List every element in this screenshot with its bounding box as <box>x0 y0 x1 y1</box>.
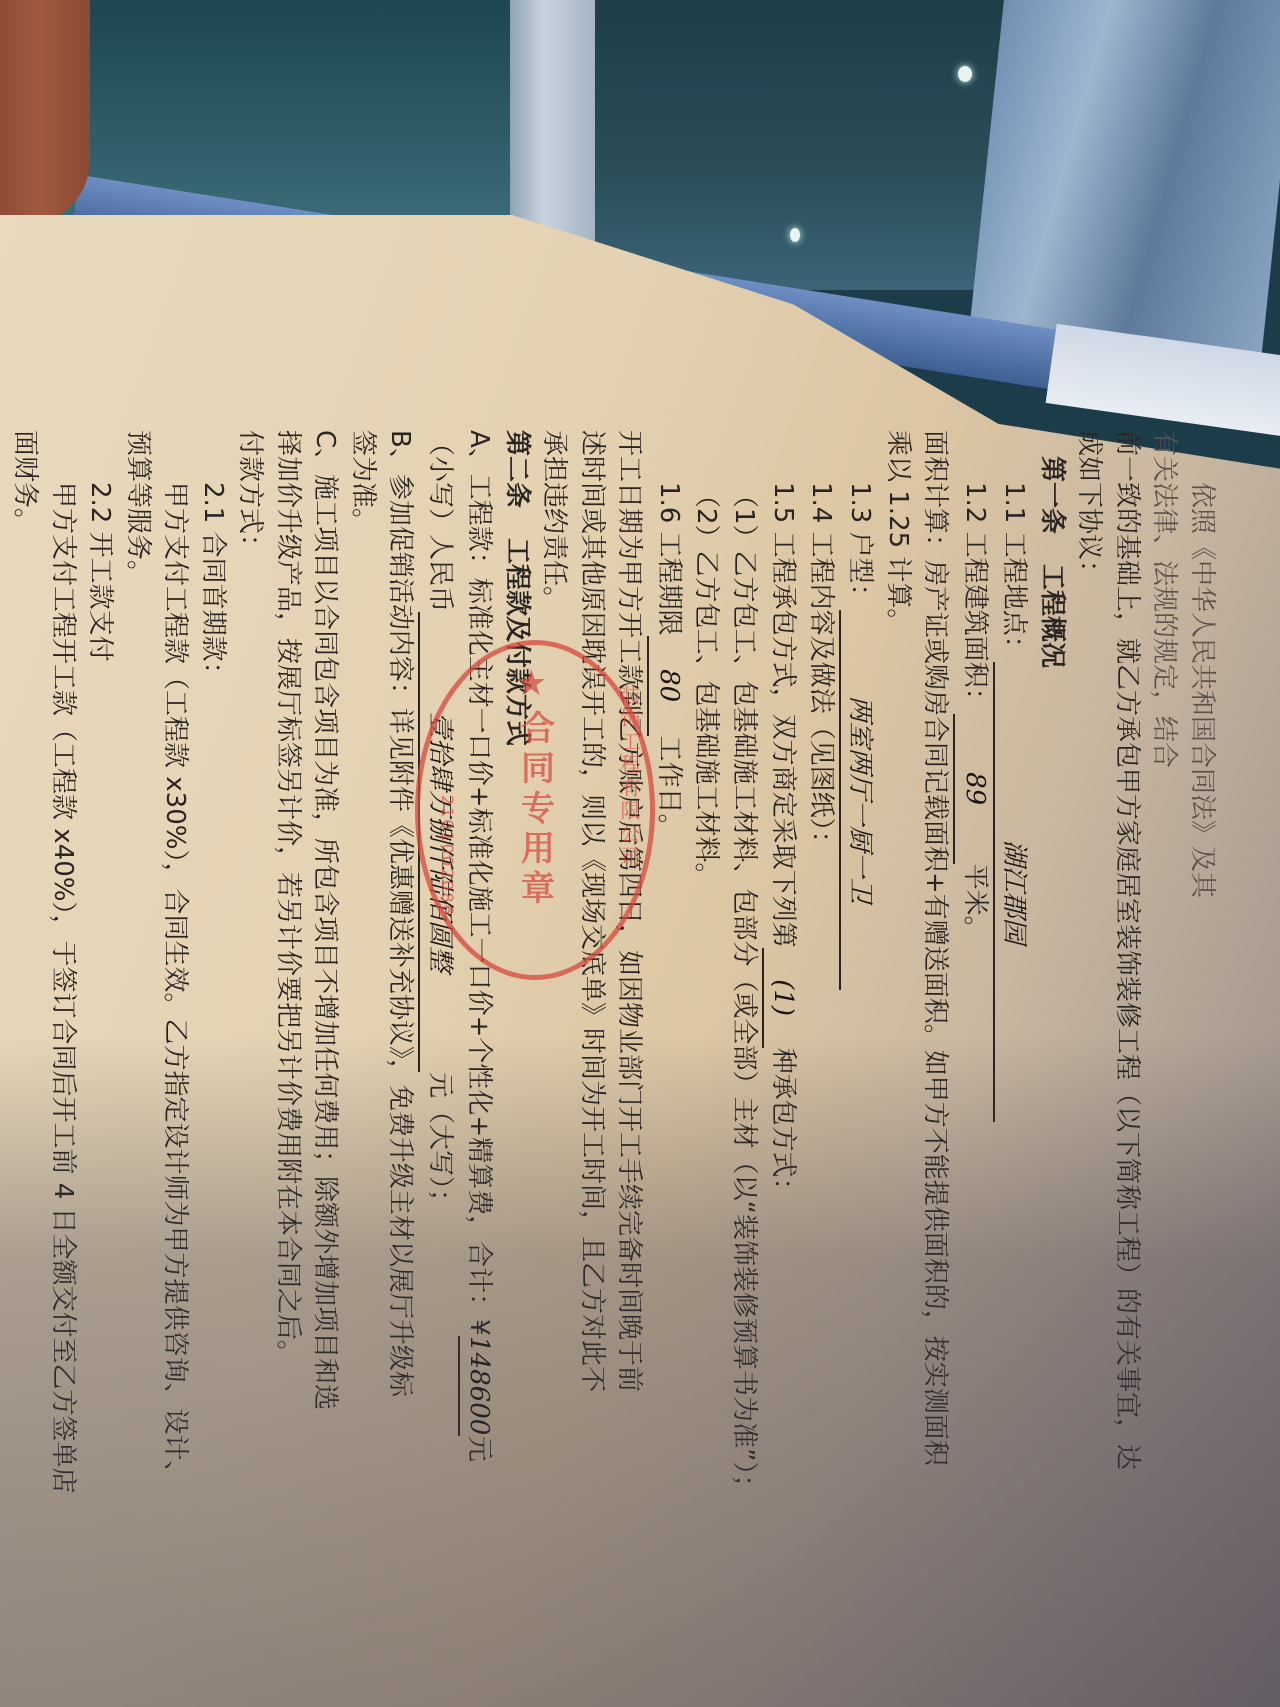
article-1-heading: 第一条工程概况 <box>1033 430 1071 1610</box>
window-pane-right <box>595 0 1015 290</box>
article-2-heading: 第二条工程款及付款方式 <box>498 430 536 1610</box>
item-2-2: 2.2 开工款支付 <box>81 430 119 1610</box>
hand-thumb <box>0 0 90 225</box>
contract-mode-field: (1) <box>762 948 802 1048</box>
preamble-line: 前一致的基础上，就乙方承包甲方家庭居室装饰装修工程（以下简称工程）的有关事宜，达 <box>1108 430 1146 1610</box>
company-seal: ★ 装饰工程有限公司 合同专用章 2101002086 <box>415 640 655 980</box>
preamble-line: 成如下协议： <box>1070 430 1108 1610</box>
seal-ring-text: 装饰工程有限公司 <box>615 685 644 869</box>
preamble-line: 依照《中华人民共和国合同法》及其 <box>1183 430 1221 1610</box>
seal-star-icon: ★ <box>515 663 547 704</box>
building-area-field: 89 <box>954 714 994 864</box>
option-1: （1）乙方包工、包基础施工材料、包部分（或全部）主材（以“装饰装修预算书为准”）… <box>725 430 763 1610</box>
item-c: 择加价升级产品，按展厅标签另计价，若另计价要把另计价费用附在本合同之后。 <box>269 430 307 1610</box>
item-a-uppercase: （小写）人民币壹拾肆万捌仟陆佰圆整元（大写）； <box>419 430 459 1610</box>
window-frame <box>510 0 595 250</box>
item-b: B、参加促销活动内容：详见附件《优惠赠送补充协议》，免费升级主材以展厅升级标 <box>381 430 419 1610</box>
contract-text: 依照《中华人民共和国合同法》及其 有关法律、法规的规定，结合 前一致的基础上，就… <box>230 430 1220 1610</box>
payment-heading: 付款方式： <box>231 430 269 1610</box>
option-2: （2）乙方包工、包基础施工材料。 <box>687 430 725 1610</box>
item-a: A、工程款：标准化主材一口价+标准化施工一口价+个性化+精算费，合计：¥1486… <box>458 430 498 1610</box>
start-note: 开工日期为甲方开工款到乙方账户后第四日，如因物业部门开工手续完备时间晚于前 <box>610 430 648 1610</box>
area-note: 面积计算：房产证或购房合同记载面积+有赠送面积。如甲方不能提供面积的，按实测面积 <box>916 430 954 1610</box>
item-c: C、施工项目以合同包含项目为准，所包含项目不增加任何费用；除额外增加项目和选 <box>306 430 344 1610</box>
item-1-4: 1.4 工程内容及做法（见图纸）： <box>802 430 840 1610</box>
floor-plan-field: 两室两厅一厨一卫 <box>839 610 879 990</box>
area-note: 乘以 1.25 计算。 <box>879 430 917 1610</box>
item-2-1-text: 预算等服务。 <box>119 430 157 1610</box>
item-1-1: 1.1 工程地点：湖江郡园 <box>993 430 1033 1610</box>
seal-code: 2101002086 <box>438 795 457 917</box>
seal-center-text: 合同专用章 <box>511 710 560 910</box>
item-2-1: 2.1 合同首期款： <box>194 430 232 1610</box>
preamble-line: 有关法律、法规的规定，结合 <box>1145 430 1183 1610</box>
building-outside <box>966 0 1280 360</box>
project-location-field: 湖江郡园 <box>993 662 1033 1122</box>
item-b: 签为准。 <box>344 430 382 1610</box>
duration-field: 80 <box>648 636 688 736</box>
item-1-2: 1.2 工程建筑面积：89平米。 <box>954 430 994 1610</box>
item-1-3: 1.3 户型：两室两厅一厨一卫 <box>839 430 879 1610</box>
item-1-6: 1.6 工程期限80工作日。 <box>648 430 688 1610</box>
item-2-1-text: 甲方支付工程款（工程款 x30%），合同生效。乙方指定设计师为甲方提供咨询、设计… <box>156 430 194 1610</box>
item-1-5: 1.5 工程承包方式，双方商定采取下列第(1)种承包方式： <box>762 430 802 1610</box>
street-light <box>958 66 972 82</box>
street-light <box>790 228 800 242</box>
item-2-2-text: 甲方支付工程开工款（工程款 x40%），于签订合同后开工前 4 日全额交付至乙方… <box>44 430 82 1610</box>
total-amount-field: 148600 <box>458 1336 498 1436</box>
start-note: 述时间或其他原因耽误开工的，则以《现场交底单》时间为开工时间，且乙方对此不 <box>573 430 611 1610</box>
start-note: 承担违约责任。 <box>535 430 573 1610</box>
item-2-2-text: 面财务。 <box>6 430 44 1610</box>
